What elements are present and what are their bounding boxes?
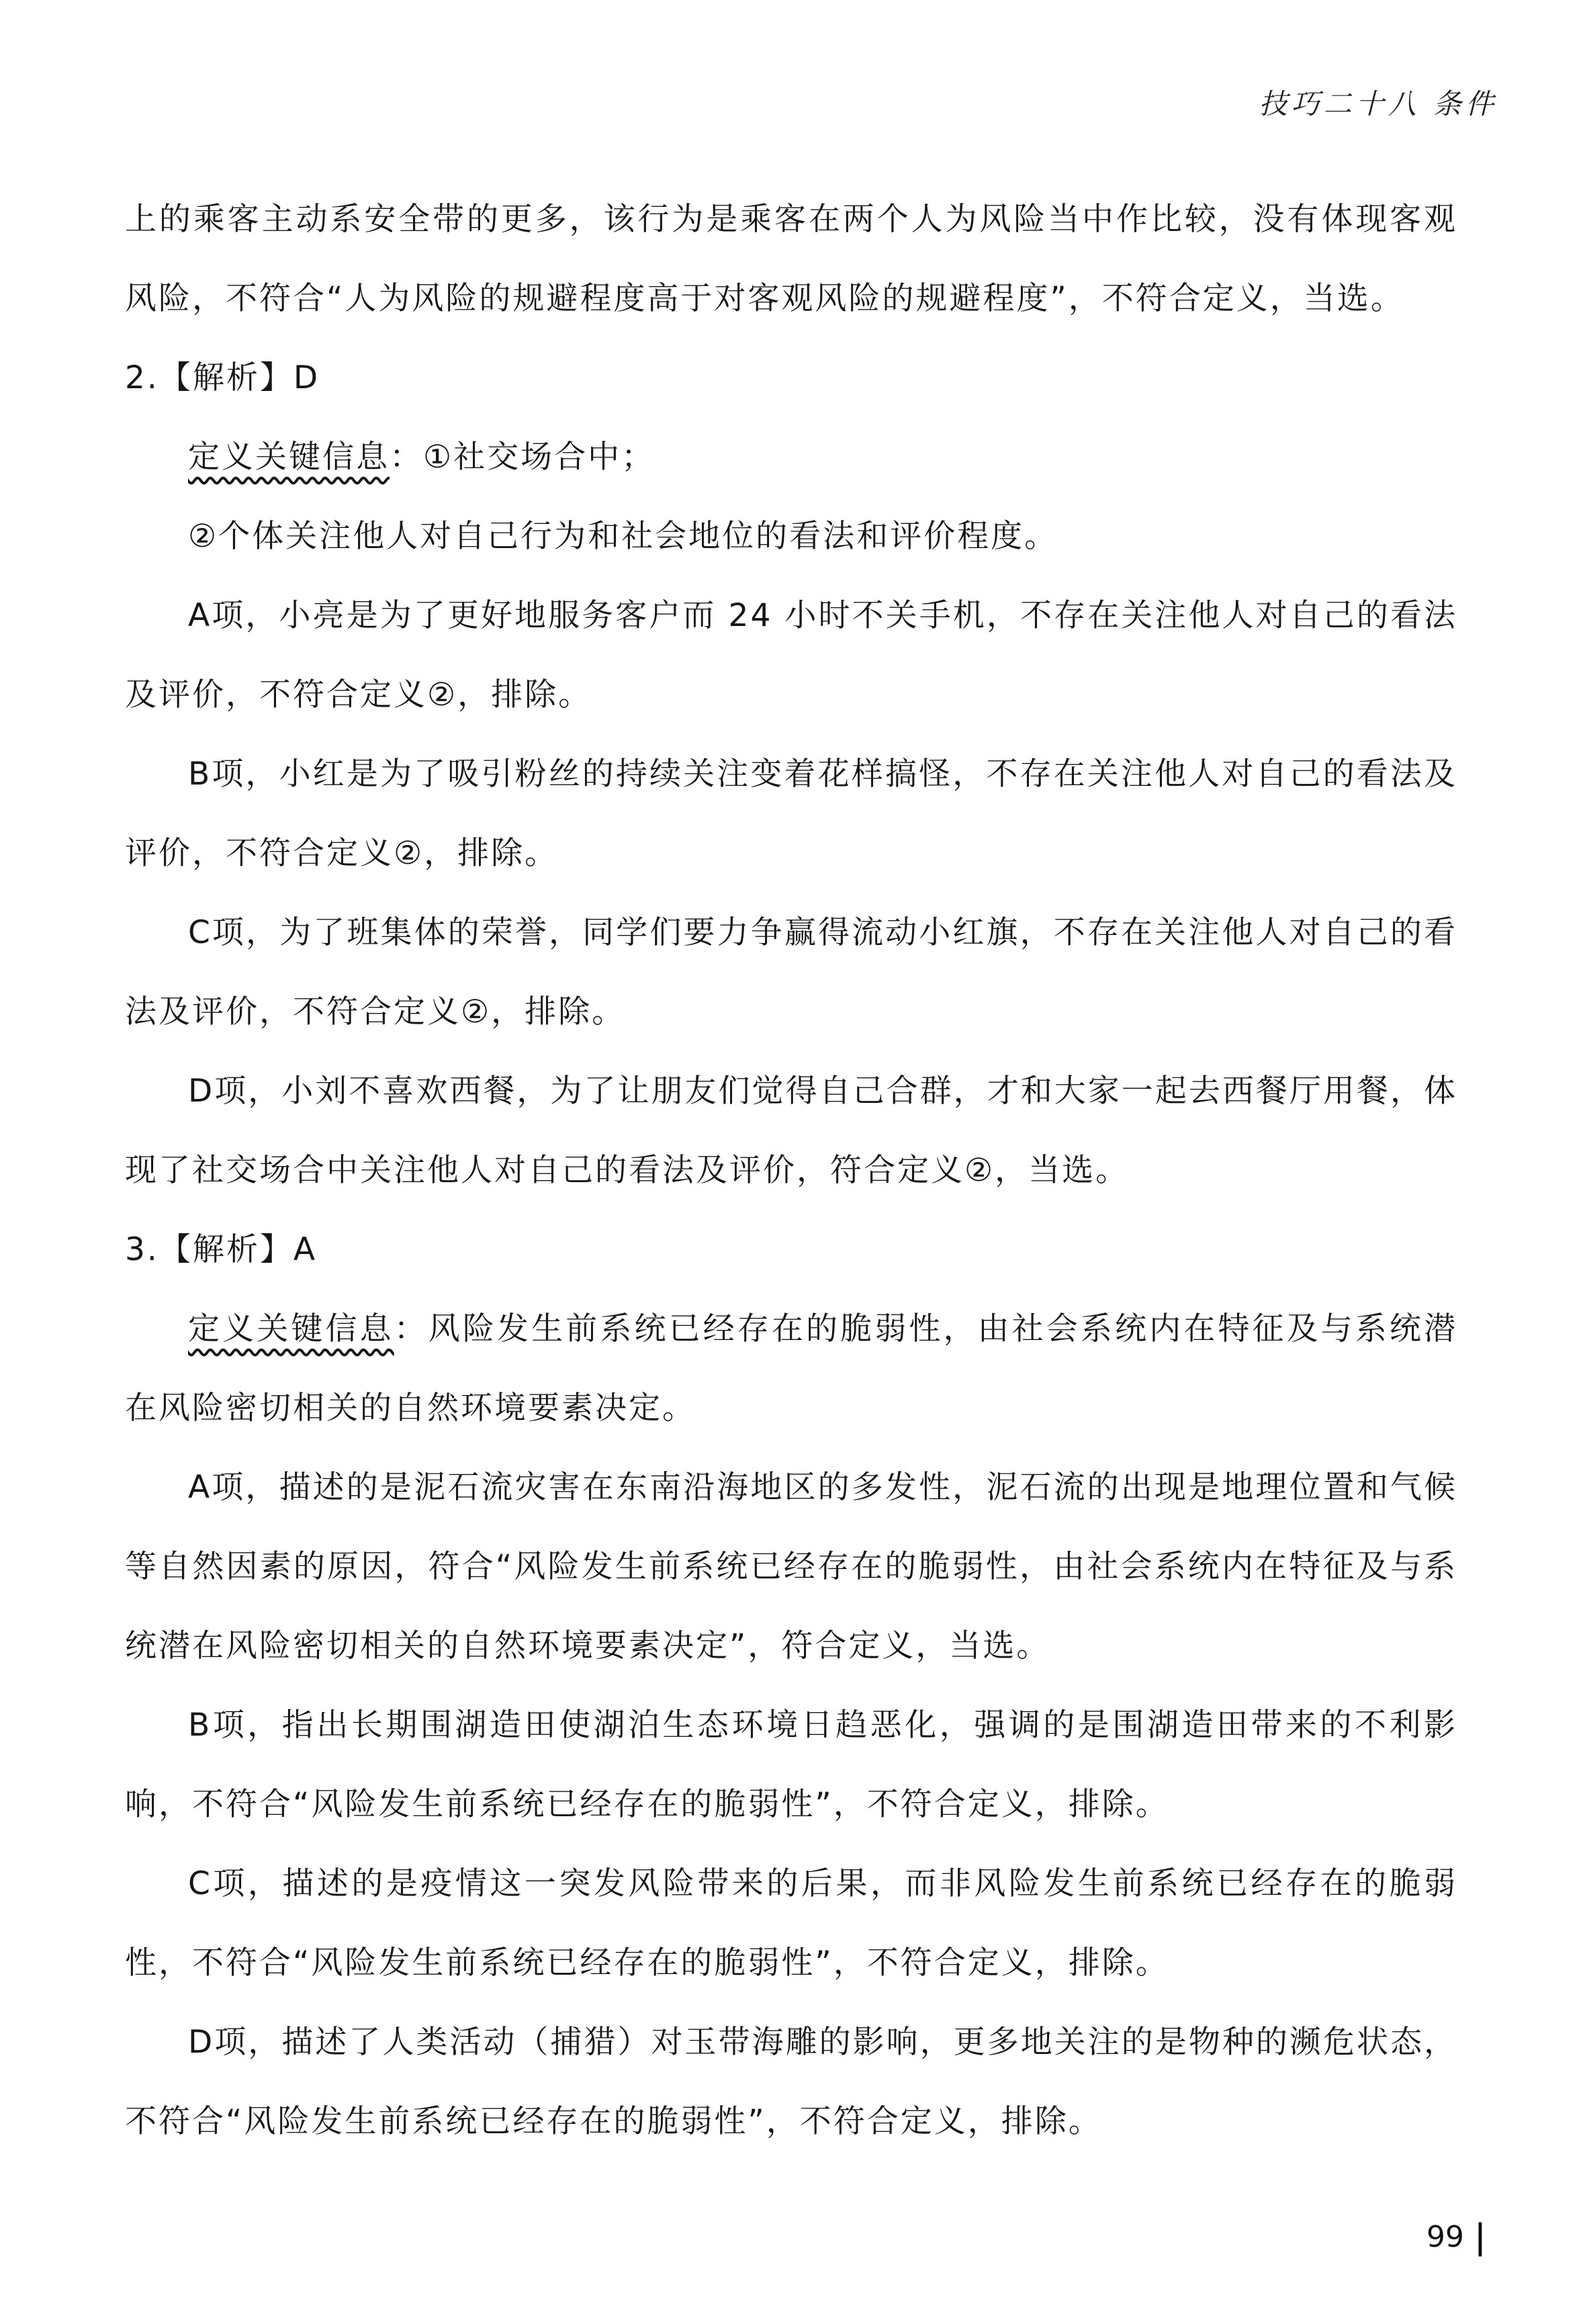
definition-key-info-q3: 定义关键信息：风险发生前系统已经存在的脆弱性，由社会系统内在特征及与系统潜在风险… [125,1290,1457,1448]
continuation-paragraph: 上的乘客主动系安全带的更多，该行为是乘客在两个人为风险当中作比较，没有体现客观风… [125,180,1457,339]
option-a-analysis-q3: A项，描述的是泥石流灾害在东南沿海地区的多发性，泥石流的出现是地理位置和气候等自… [125,1448,1457,1686]
footer-divider: | [1475,2217,1486,2257]
option-d-analysis-q2: D项，小刘不喜欢西餐，为了让朋友们觉得自己合群，才和大家一起去西餐厅用餐，体现了… [125,1052,1457,1210]
option-a-analysis-q2: A项，小亮是为了更好地服务客户而 24 小时不关手机，不存在关注他人对自己的看法… [125,576,1457,735]
answer-heading-q3: 3.【解析】A [125,1210,1457,1290]
definition-point-2: ②个体关注他人对自己行为和社会地位的看法和评价程度。 [125,497,1457,576]
answer-explanations: 上的乘客主动系安全带的更多，该行为是乘客在两个人为风险当中作比较，没有体现客观风… [125,180,1457,2161]
wavy-underlined-lead: 定义关键信息 [188,1310,394,1347]
option-b-analysis-q3: B项，指出长期围湖造田使湖泊生态环境日趋恶化，强调的是围湖造田带来的不利影响，不… [125,1686,1457,1844]
page-number: 99 [1427,2220,1464,2254]
option-c-analysis-q2: C项，为了班集体的荣誉，同学们要力争赢得流动小红旗，不存在关注他人对自己的看法及… [125,893,1457,1052]
page-footer: 99 | [1427,2220,1486,2254]
option-c-analysis-q3: C项，描述的是疫情这一突发风险带来的后果，而非风险发生前系统已经存在的脆弱性，不… [125,1844,1457,2003]
definition-key-info-q2: 定义关键信息：①社交场合中； [125,418,1457,497]
page-header-chapter-title: 技巧二十八 条件 [1259,82,1498,122]
option-d-analysis-q3: D项，描述了人类活动（捕猎）对玉带海雕的影响，更多地关注的是物种的濒危状态，不符… [125,2003,1457,2161]
document-page: 技巧二十八 条件 上的乘客主动系安全带的更多，该行为是乘客在两个人为风险当中作比… [0,0,1581,2324]
definition-key-info-q2-text: ：①社交场合中； [390,439,655,476]
option-b-analysis-q2: B项，小红是为了吸引粉丝的持续关注变着花样搞怪，不存在关注他人对自己的看法及评价… [125,735,1457,893]
answer-heading-q2: 2.【解析】D [125,339,1457,418]
wavy-underlined-lead: 定义关键信息 [188,439,390,476]
